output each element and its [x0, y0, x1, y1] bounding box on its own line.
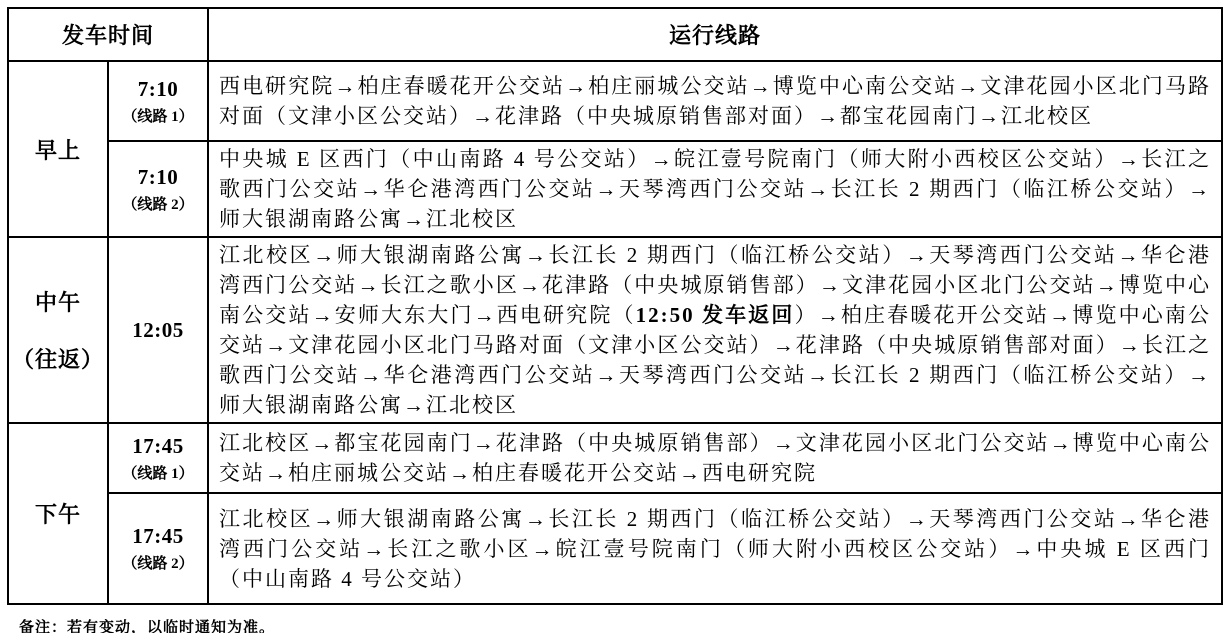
period-label: 中午	[9, 286, 107, 317]
header-route: 运行线路	[208, 8, 1222, 61]
header-departure-time: 发车时间	[8, 8, 208, 61]
table-row-morning-line1: 早上 7:10 （线路 1） 西电研究院→柏庄春暖花开公交站→柏庄丽城公交站→博…	[8, 61, 1222, 141]
route-cell-morning-line2: 中央城 E 区西门（中山南路 4 号公交站）→皖江壹号院南门（师大附小西校区公交…	[208, 141, 1222, 237]
time-value: 12:05	[109, 318, 207, 343]
time-value: 17:45	[109, 434, 207, 459]
route-text: 江北校区→师大银湖南路公寓→长江长 2 期西门（临江桥公交站）→天琴湾西门公交站…	[219, 507, 1211, 591]
period-cell-morning: 早上	[8, 61, 108, 237]
time-value: 7:10	[109, 165, 207, 190]
table-row-noon: 中午 （往返） 12:05 江北校区→师大银湖南路公寓→长江长 2 期西门（临江…	[8, 237, 1222, 423]
time-cell-afternoon-line2: 17:45 （线路 2）	[108, 493, 208, 604]
route-return-time-highlight: 12:50 发车返回	[636, 303, 795, 327]
line-number-label: （线路 1）	[109, 105, 207, 126]
period-cell-afternoon: 下午	[8, 423, 108, 604]
route-cell-afternoon-line2: 江北校区→师大银湖南路公寓→长江长 2 期西门（临江桥公交站）→天琴湾西门公交站…	[208, 493, 1222, 604]
line-number-label: （线路 1）	[109, 462, 207, 483]
period-cell-noon: 中午 （往返）	[8, 237, 108, 423]
time-cell-noon: 12:05	[108, 237, 208, 423]
route-text: 中央城 E 区西门（中山南路 4 号公交站）→皖江壹号院南门（师大附小西校区公交…	[219, 147, 1211, 231]
time-cell-morning-line1: 7:10 （线路 1）	[108, 61, 208, 141]
time-cell-morning-line2: 7:10 （线路 2）	[108, 141, 208, 237]
footnote: 备注：若有变动，以临时通知为准。	[19, 616, 1221, 633]
route-text: 江北校区→都宝花园南门→花津路（中央城原销售部）→文津花园小区北门公交站→博览中…	[219, 431, 1211, 485]
line-number-label: （线路 2）	[109, 552, 207, 573]
table-row-morning-line2: 7:10 （线路 2） 中央城 E 区西门（中山南路 4 号公交站）→皖江壹号院…	[8, 141, 1222, 237]
table-row-afternoon-line2: 17:45 （线路 2） 江北校区→师大银湖南路公寓→长江长 2 期西门（临江桥…	[8, 493, 1222, 604]
table-header-row: 发车时间 运行线路	[8, 8, 1222, 61]
period-label: 下午	[9, 498, 107, 529]
time-cell-afternoon-line1: 17:45 （线路 1）	[108, 423, 208, 493]
time-value: 17:45	[109, 524, 207, 549]
bus-schedule-table: 发车时间 运行线路 早上 7:10 （线路 1） 西电研究院→柏庄春暖花开公交站…	[7, 7, 1223, 605]
route-cell-morning-line1: 西电研究院→柏庄春暖花开公交站→柏庄丽城公交站→博览中心南公交站→文津花园小区北…	[208, 61, 1222, 141]
table-row-afternoon-line1: 下午 17:45 （线路 1） 江北校区→都宝花园南门→花津路（中央城原销售部）…	[8, 423, 1222, 493]
route-text: 西电研究院→柏庄春暖花开公交站→柏庄丽城公交站→博览中心南公交站→文津花园小区北…	[219, 74, 1211, 128]
line-number-label: （线路 2）	[109, 193, 207, 214]
shuttle-schedule-document: 发车时间 运行线路 早上 7:10 （线路 1） 西电研究院→柏庄春暖花开公交站…	[0, 0, 1228, 633]
period-sub-label: （往返）	[9, 343, 107, 374]
route-cell-afternoon-line1: 江北校区→都宝花园南门→花津路（中央城原销售部）→文津花园小区北门公交站→博览中…	[208, 423, 1222, 493]
time-value: 7:10	[109, 77, 207, 102]
route-cell-noon: 江北校区→师大银湖南路公寓→长江长 2 期西门（临江桥公交站）→天琴湾西门公交站…	[208, 237, 1222, 423]
period-label: 早上	[9, 134, 107, 165]
